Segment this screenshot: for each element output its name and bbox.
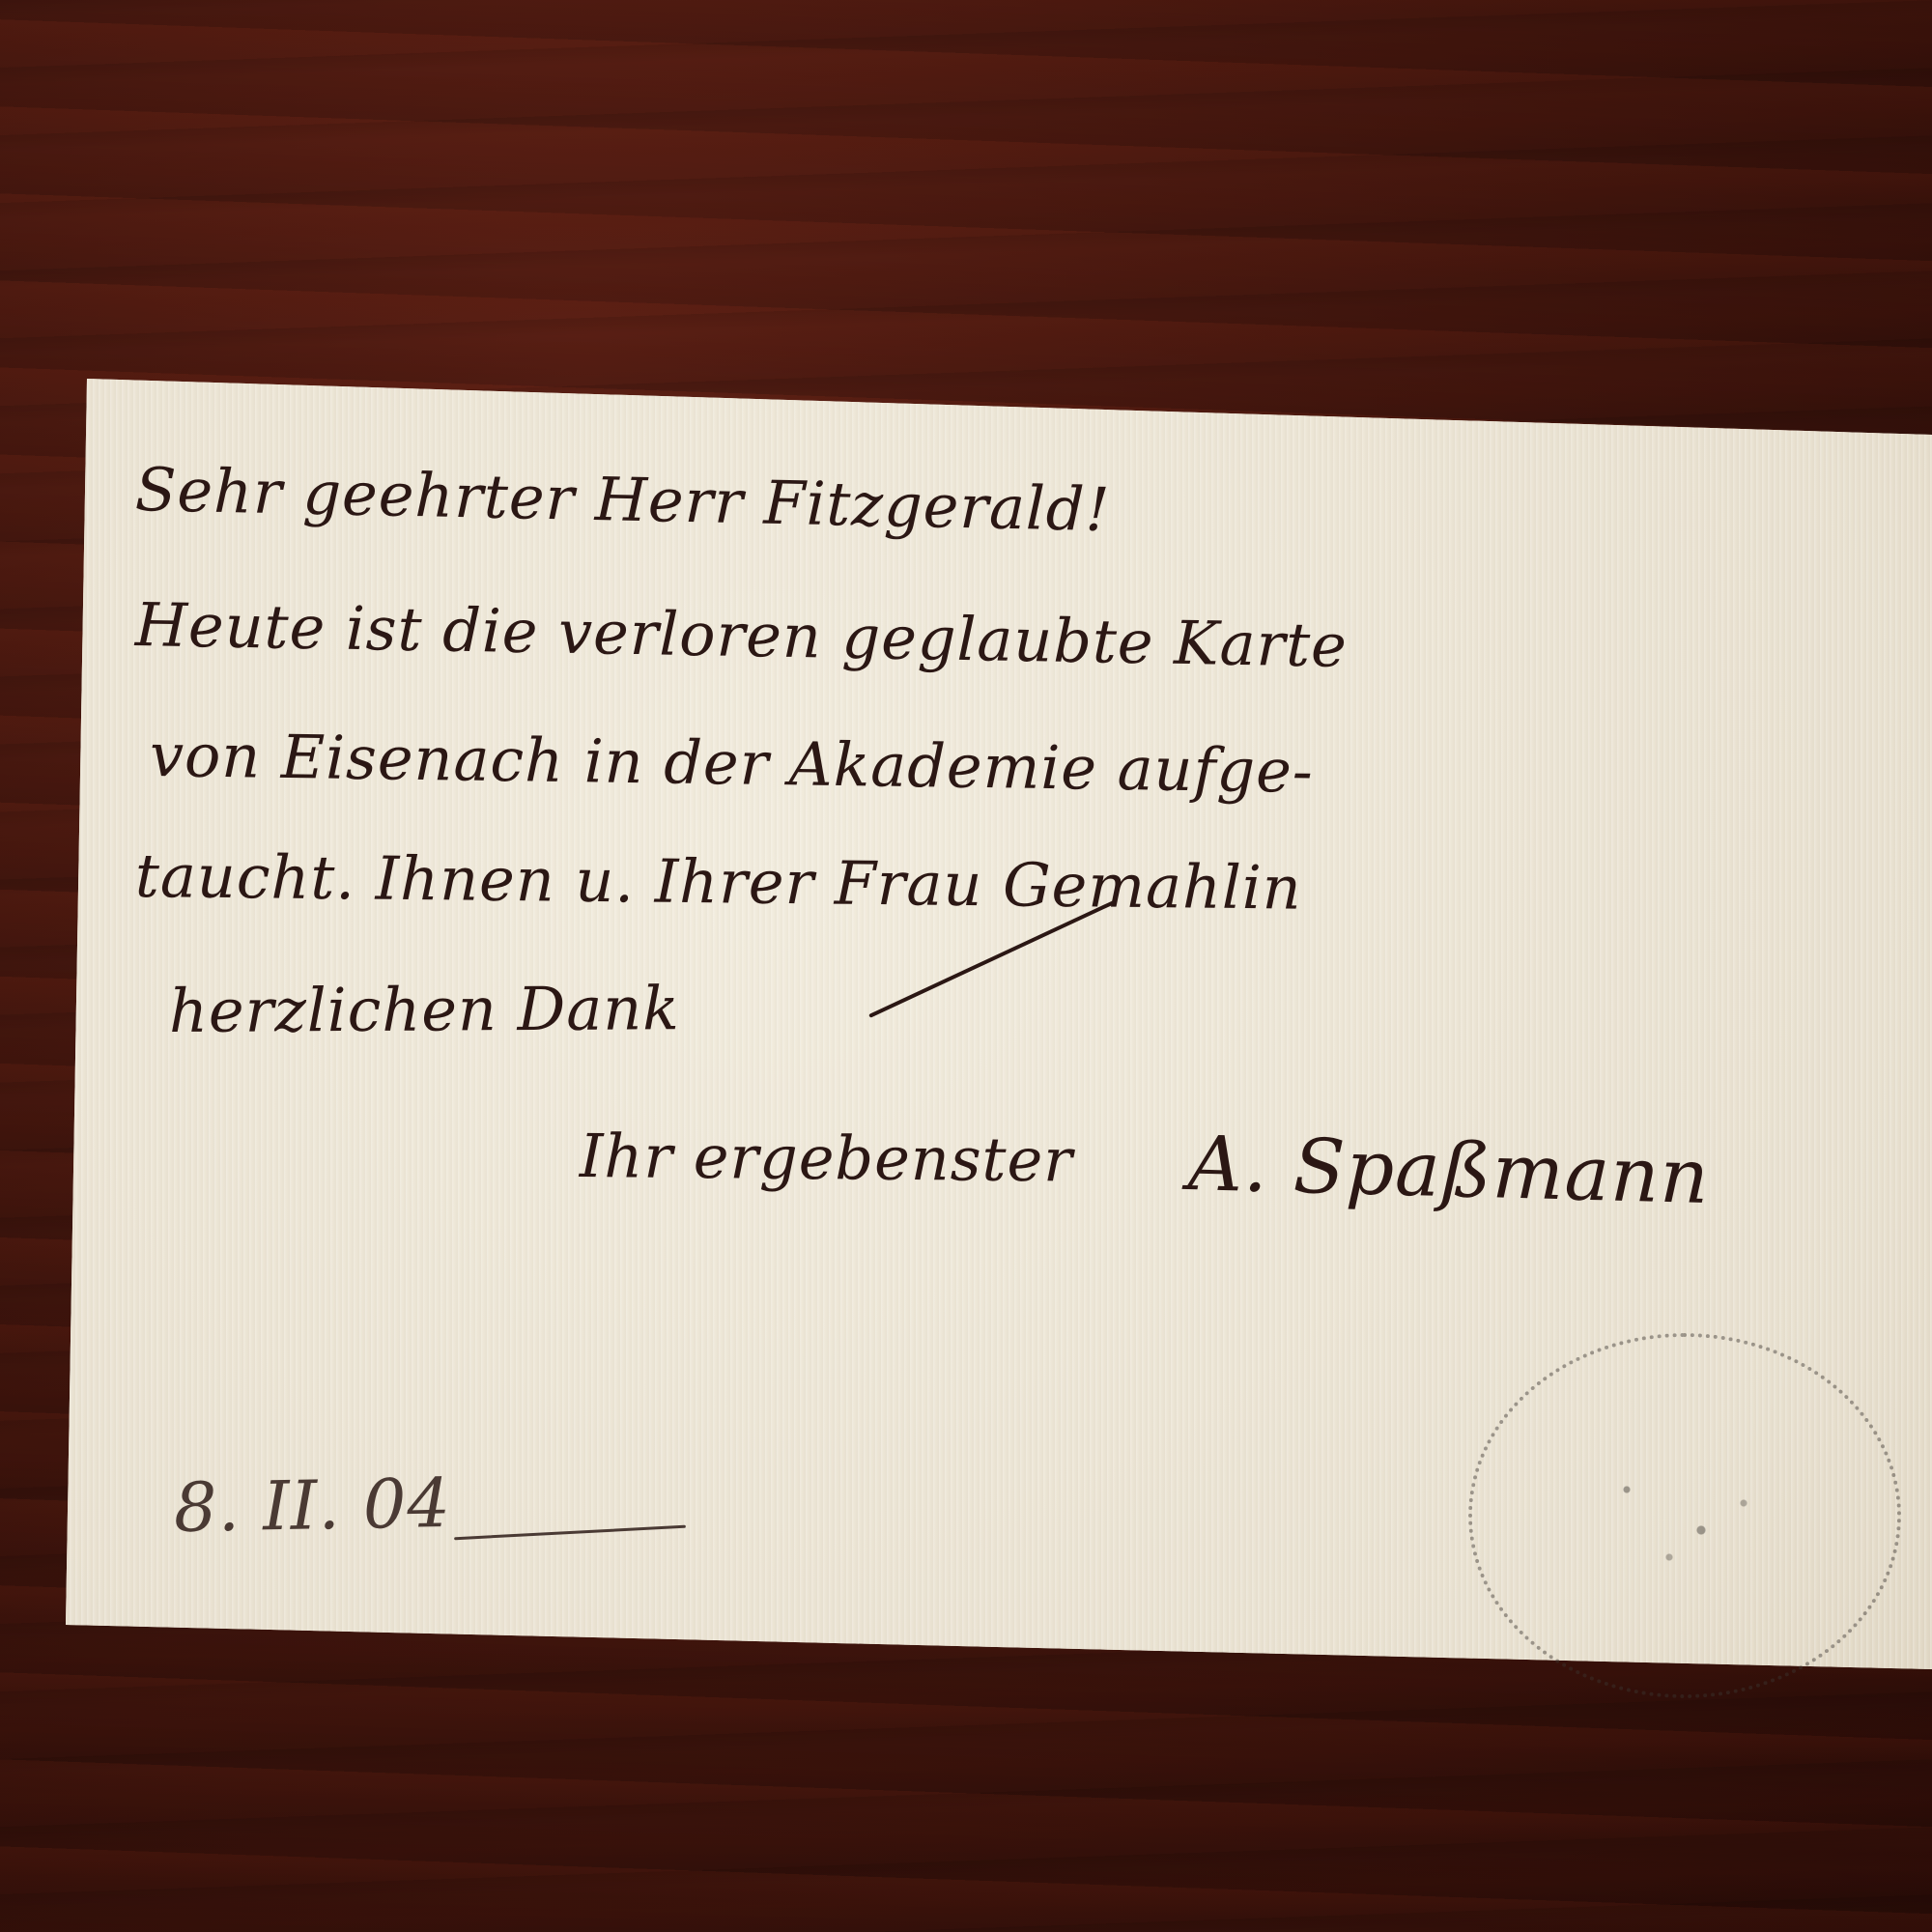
date: 8. II. 04	[173, 1463, 451, 1548]
body-line-4: herzlichen Dank	[169, 973, 680, 1046]
body-line-3: taucht. Ihnen u. Ihrer Frau Gemahlin	[135, 840, 1302, 923]
signature: A. Spaßmann	[1187, 1121, 1711, 1221]
closing: Ihr ergebenster	[580, 1121, 1073, 1195]
postmark-ink-specks	[1584, 1449, 1797, 1584]
